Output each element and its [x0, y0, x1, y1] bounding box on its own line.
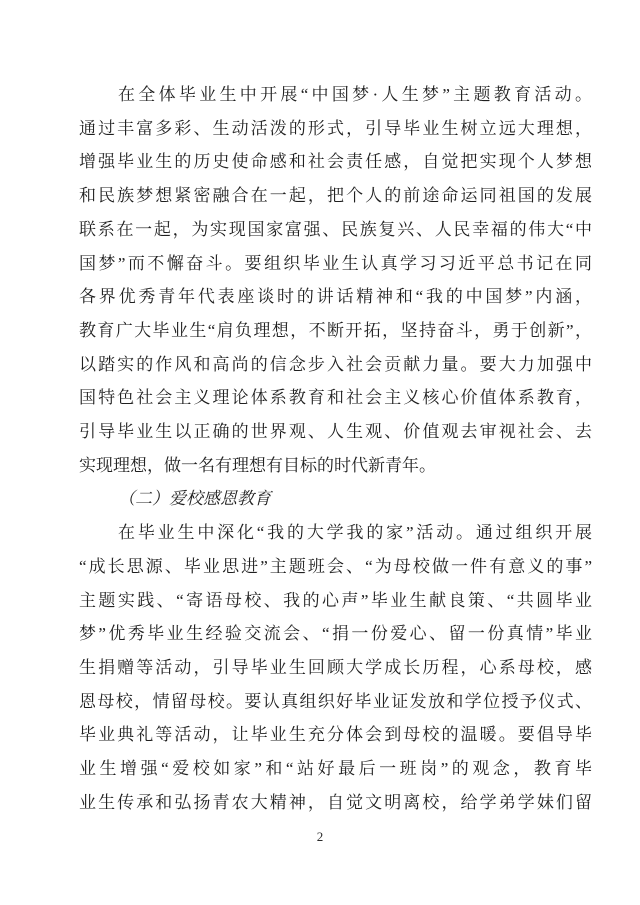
section-heading: （二）爱校感恩教育 — [79, 482, 592, 516]
text-line: 生捐赠等活动，引导毕业生回顾大学成长历程，心系母校，感 — [79, 651, 592, 685]
document-page: { "document": { "paragraphs": [ { "lines… — [0, 0, 640, 905]
text-line: 在全体毕业生中开展“中国梦·人生梦”主题教育活动。 — [79, 78, 592, 112]
text-line: “成长思源、毕业思进”主题班会、“为母校做一件有意义的事” — [79, 550, 592, 584]
text-line: 实现理想，做一名有理想有目标的时代新青年。 — [79, 449, 592, 483]
page-number: 2 — [0, 829, 640, 845]
text-line: 业生传承和弘扬青农大精神，自觉文明离校，给学弟学妹们留 — [79, 786, 592, 820]
text-line: 梦”优秀毕业生经验交流会、“捐一份爱心、留一份真情”毕业 — [79, 617, 592, 651]
text-line: 各界优秀青年代表座谈时的讲话精神和“我的中国梦”内涵， — [79, 280, 592, 314]
text-line: 联系在一起，为实现国家富强、民族复兴、人民幸福的伟大“中 — [79, 213, 592, 247]
text-line: 以踏实的作风和高尚的信念步入社会贡献力量。要大力加强中 — [79, 348, 592, 382]
text-line: 国特色社会主义理论体系教育和社会主义核心价值体系教育， — [79, 381, 592, 415]
text-line: 增强毕业生的历史使命感和社会责任感，自觉把实现个人梦想 — [79, 145, 592, 179]
document-body: 在全体毕业生中开展“中国梦·人生梦”主题教育活动。 通过丰富多彩、生动活泼的形式… — [79, 78, 592, 819]
text-line: 毕业典礼等活动，让毕业生充分体会到母校的温暖。要倡导毕 — [79, 718, 592, 752]
text-line: 恩母校，情留母校。要认真组织好毕业证发放和学位授予仪式、 — [79, 685, 592, 719]
text-line: 和民族梦想紧密融合在一起，把个人的前途命运同祖国的发展 — [79, 179, 592, 213]
text-line: 国梦”而不懈奋斗。要组织毕业生认真学习习近平总书记在同 — [79, 247, 592, 281]
text-line: 引导毕业生以正确的世界观、人生观、价值观去审视社会、去 — [79, 415, 592, 449]
text-line: 在毕业生中深化“我的大学我的家”活动。通过组织开展 — [79, 516, 592, 550]
text-line: 通过丰富多彩、生动活泼的形式，引导毕业生树立远大理想， — [79, 112, 592, 146]
text-line: 主题实践、“寄语母校、我的心声”毕业生献良策、“共圆毕业 — [79, 584, 592, 618]
text-line: 教育广大毕业生“肩负理想，不断开拓，坚持奋斗，勇于创新”， — [79, 314, 592, 348]
text-line: 业生增强“爱校如家”和“站好最后一班岗”的观念，教育毕 — [79, 752, 592, 786]
